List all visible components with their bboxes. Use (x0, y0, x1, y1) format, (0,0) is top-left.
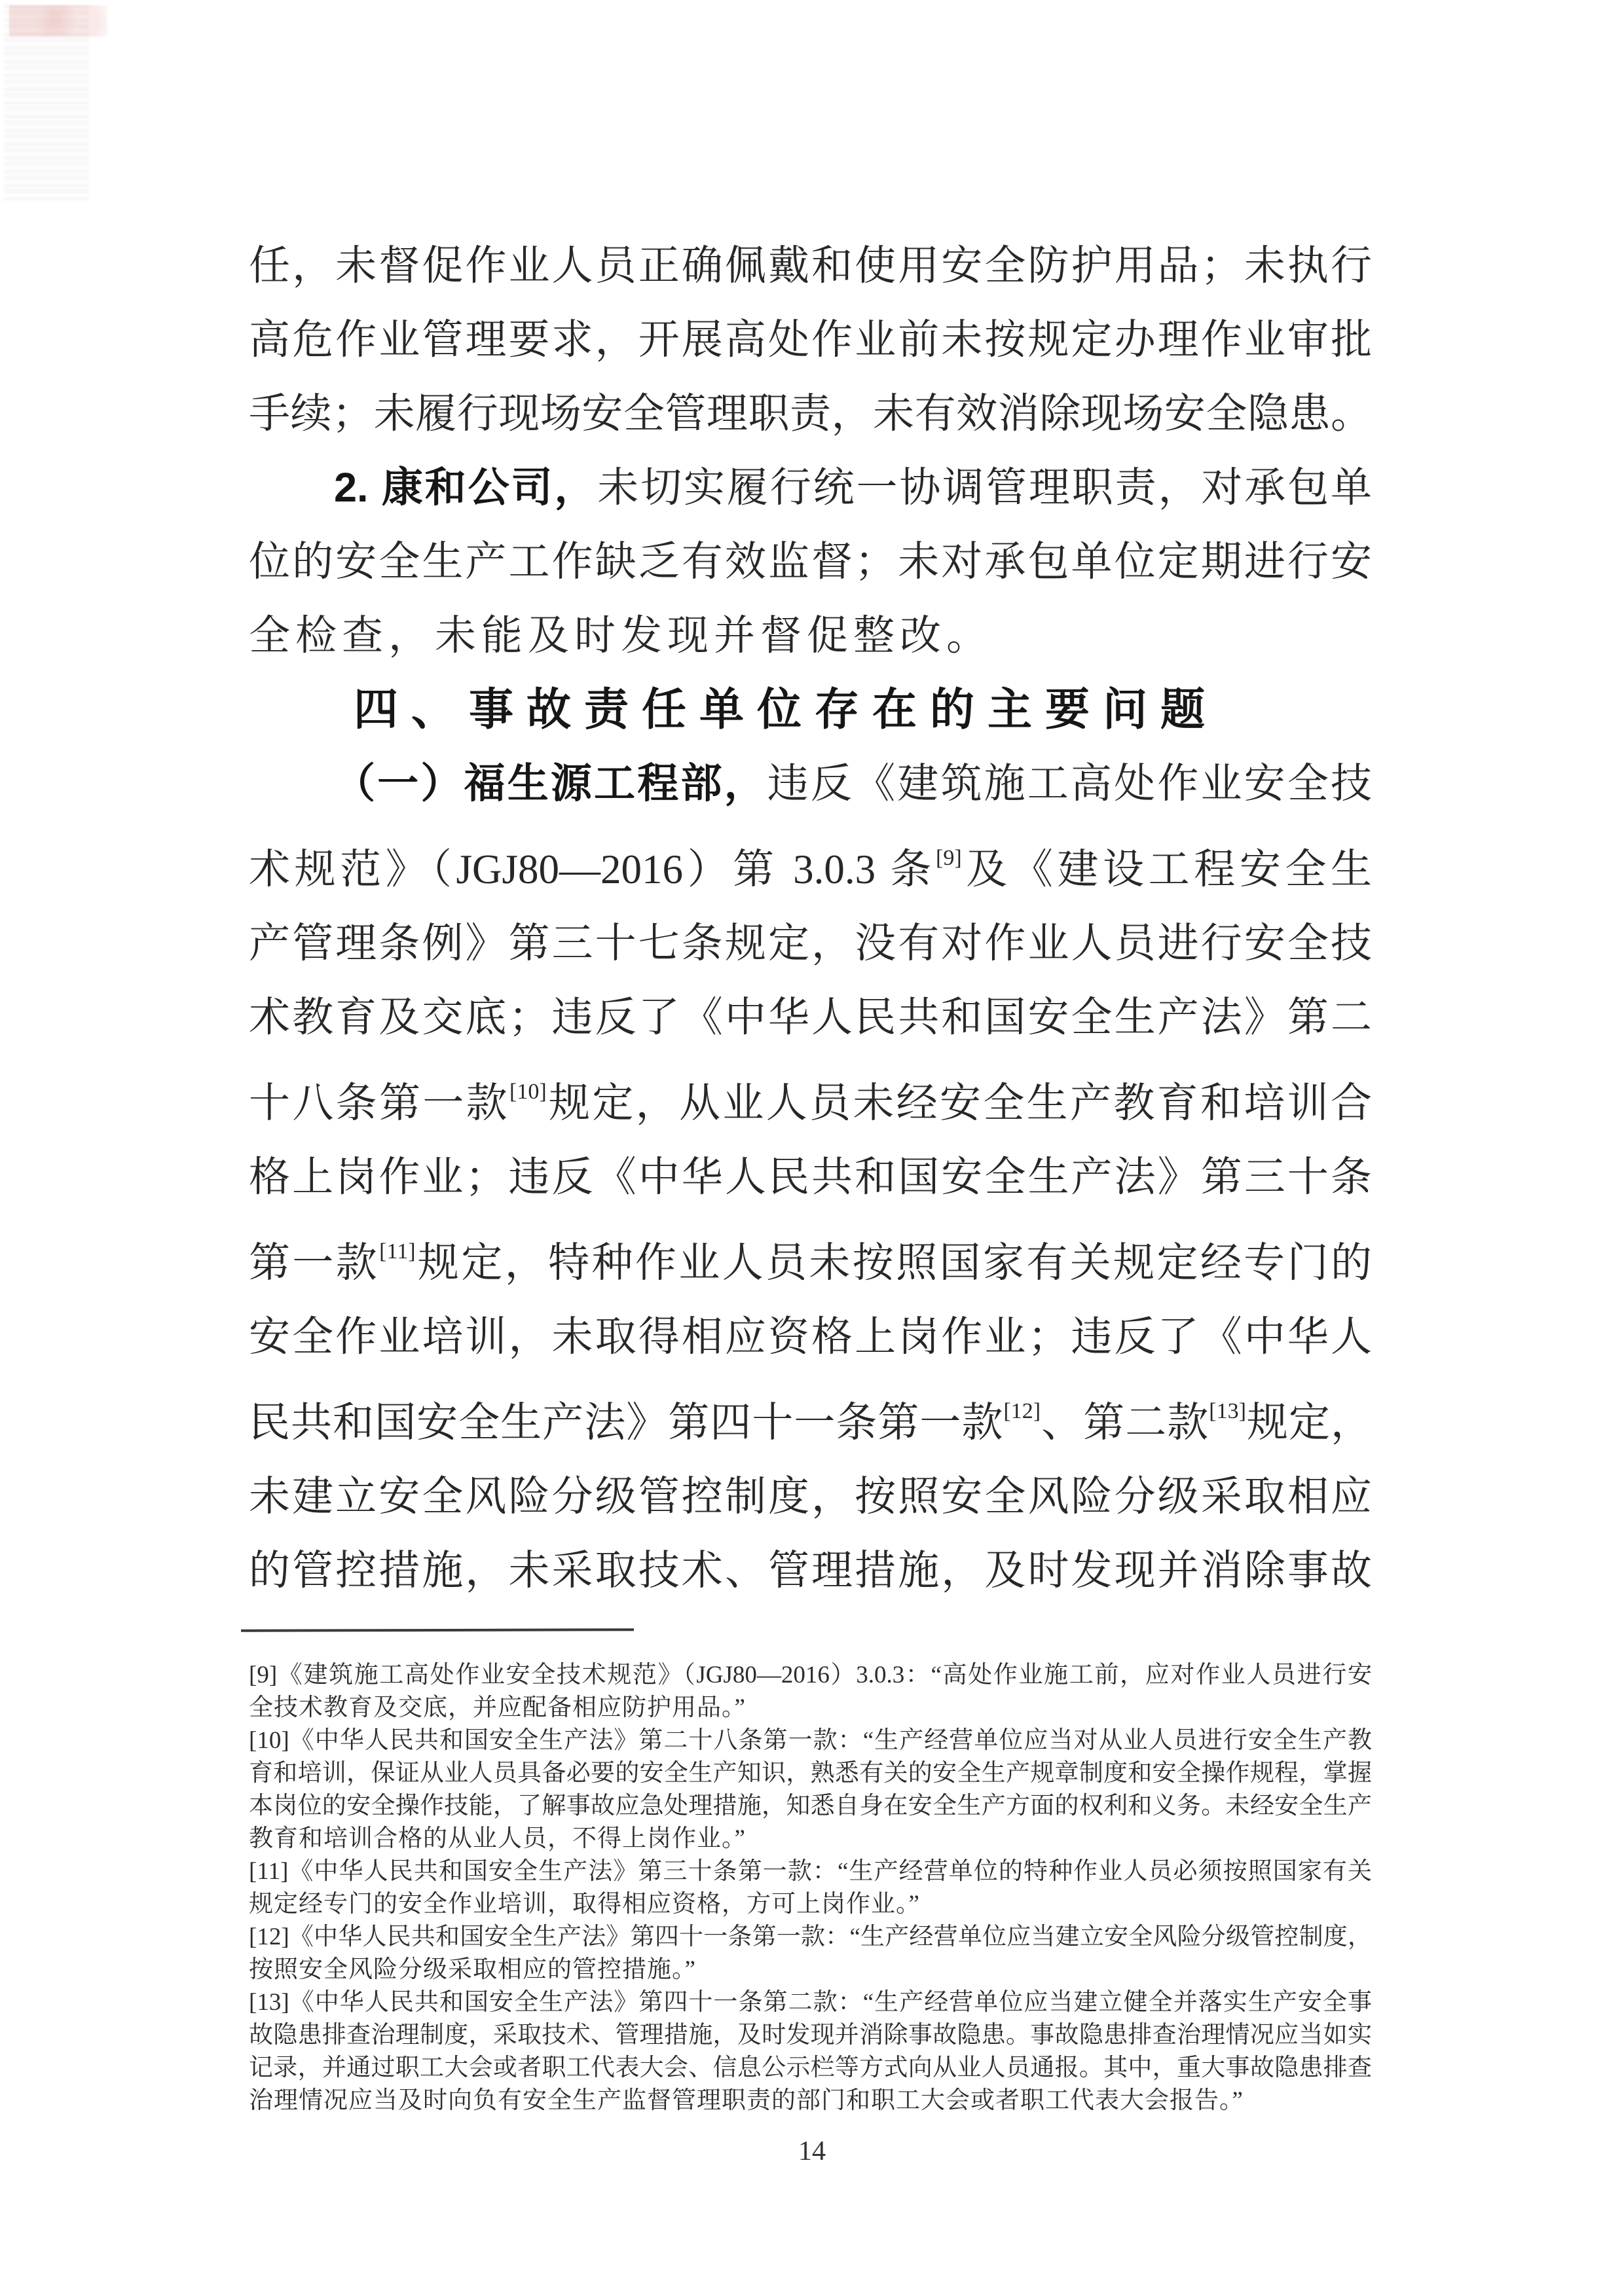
footnote-line: 故隐患排查治理制度，采取技术、管理措施，及时发现并消除事故隐患。事故隐患排查治理… (249, 2019, 1372, 2052)
body-text-run: 安全作业培训，未取得相应资格上岗作业；违反了《中华人 (249, 1314, 1372, 1360)
footnote-ref-9-superscript: [9] (936, 846, 962, 870)
body-line: 产管理条例》第三十七条规定，没有对作业人员进行安全技 (249, 907, 1372, 981)
body-text-run: 规定，特种作业人员未按照国家有关规定经专门的 (416, 1240, 1372, 1286)
body-text-run: 民共和国安全生产法》第四十一条第一款 (249, 1400, 1003, 1446)
body-line: 术教育及交底；违反了《中华人民共和国安全生产法》第二 (249, 981, 1372, 1055)
heading-text: 四、事故责任单位存在的主要问题 (354, 685, 1218, 735)
body-line: 未建立安全风险分级管控制度，按照安全风险分级采取相应 (249, 1460, 1372, 1534)
footnote-line: [9]《建筑施工高处作业安全技术规范》（JGJ80—2016）3.0.3：“高处… (249, 1659, 1372, 1692)
body-line: 全检查，未能及时发现并督促整改。 (249, 599, 1372, 673)
footnote-line: [10]《中华人民共和国安全生产法》第二十八条第一款：“生产经营单位应当对从业人… (249, 1724, 1372, 1757)
body-line: 位的安全生产工作缺乏有效监督；未对承包单位定期进行安 (249, 525, 1372, 599)
body-text-run: 未切实履行统一协调管理职责，对承包单 (597, 465, 1372, 511)
page-number: 14 (0, 2136, 1624, 2167)
body-text-run: 违反《建筑施工高处作业安全技 (767, 761, 1372, 807)
body-line: （一）福生源工程部，违反《建筑施工高处作业安全技 (249, 747, 1372, 821)
body-line: 的管控措施，未采取技术、管理措施，及时发现并消除事故 (249, 1534, 1372, 1608)
body-text-run: 未建立安全风险分级管控制度，按照安全风险分级采取相应 (249, 1474, 1372, 1520)
footnote-line: [11]《中华人民共和国安全生产法》第三十条第一款：“生产经营单位的特种作业人员… (249, 1855, 1372, 1888)
body-line: 2. 康和公司，未切实履行统一协调管理职责，对承包单 (249, 451, 1372, 525)
body-text-run: 的管控措施，未采取技术、管理措施，及时发现并消除事故 (249, 1548, 1372, 1594)
body-text-run: 十八条第一款 (249, 1080, 509, 1126)
body-line: 术规范》（JGJ80—2016）第 3.0.3 条[9]及《建设工程安全生 (249, 821, 1372, 907)
footnote-line: [12]《中华人民共和国安全生产法》第四十一条第一款：“生产经营单位应当建立安全… (249, 1921, 1372, 1954)
body-text-run: 位的安全生产工作缺乏有效监督；未对承包单位定期进行安 (249, 539, 1372, 585)
footnote-line: 育和培训，保证从业人员具备必要的安全生产知识，熟悉有关的安全生产规章制度和安全操… (249, 1757, 1372, 1790)
footnote-ref-13-superscript: [13] (1209, 1399, 1246, 1423)
body-line: 第一款[11]规定，特种作业人员未按照国家有关规定经专门的 (249, 1214, 1372, 1300)
body-text-block: 任，未督促作业人员正确佩戴和使用安全防护用品；未执行 高危作业管理要求，开展高处… (249, 229, 1372, 1608)
body-line: 安全作业培训，未取得相应资格上岗作业；违反了《中华人 (249, 1300, 1372, 1374)
scan-red-artifact (9, 5, 107, 37)
footnote-ref-10-superscript: [10] (509, 1080, 547, 1104)
body-line: 任，未督促作业人员正确佩戴和使用安全防护用品；未执行 (249, 229, 1372, 303)
body-text-run: 第一款 (249, 1240, 379, 1286)
body-line: 民共和国安全生产法》第四十一条第一款[12]、第二款[13]规定， (249, 1374, 1372, 1460)
footnote-line: 治理情况应当及时向负有安全生产监督管理职责的部门和职工大会或者职工代表大会报告。… (249, 2085, 1372, 2117)
footnote-line: 按照安全风险分级采取相应的管控措施。” (249, 1954, 1372, 1986)
body-text-run: 规定， (1246, 1400, 1372, 1446)
body-text-run: 、第二款 (1041, 1400, 1209, 1446)
body-text-run: 术教育及交底；违反了《中华人民共和国安全生产法》第二 (249, 994, 1372, 1040)
body-line: 十八条第一款[10]规定，从业人员未经安全生产教育和培训合 (249, 1055, 1372, 1140)
footnote-line: 本岗位的安全操作技能，了解事故应急处理措施，知悉自身在安全生产方面的权利和义务。… (249, 1790, 1372, 1823)
footnote-line: 记录，并通过职工大会或者职工代表大会、信息公示栏等方式向从业人员通报。其中，重大… (249, 2052, 1372, 2085)
body-text-run: 术规范》（JGJ80—2016）第 3.0.3 条 (249, 847, 936, 892)
bold-run-fushengyuan-dept: （一）福生源工程部， (334, 761, 767, 807)
footnote-ref-11-superscript: [11] (379, 1239, 415, 1264)
footnote-line: 规定经专门的安全作业培训，取得相应资格，方可上岗作业。” (249, 1888, 1372, 1921)
body-text-run: 规定，从业人员未经安全生产教育和培训合 (547, 1080, 1372, 1126)
body-text-run: 全检查，未能及时发现并督促整改。 (249, 613, 993, 659)
bold-run-kanghe-company: 2. 康和公司， (334, 465, 597, 511)
footnote-line: 教育和培训合格的从业人员，不得上岗作业。” (249, 1823, 1372, 1855)
body-line: 高危作业管理要求，开展高处作业前未按规定办理作业审批 (249, 303, 1372, 377)
body-text-run: 产管理条例》第三十七条规定，没有对作业人员进行安全技 (249, 920, 1372, 966)
footnote-separator (241, 1628, 634, 1632)
footnote-line: 全技术教育及交底，并应配备相应防护用品。” (249, 1692, 1372, 1724)
footnote-line: [13]《中华人民共和国安全生产法》第四十一条第二款：“生产经营单位应当建立健全… (249, 1986, 1372, 2019)
body-text-run: 高危作业管理要求，开展高处作业前未按规定办理作业审批 (249, 317, 1372, 363)
section-heading: 四、事故责任单位存在的主要问题 (249, 673, 1372, 747)
body-line: 手续；未履行现场安全管理职责，未有效消除现场安全隐患。 (249, 377, 1372, 451)
body-text-run: 及《建设工程安全生 (962, 847, 1372, 892)
body-line: 格上岗作业；违反《中华人民共和国安全生产法》第三十条 (249, 1140, 1372, 1214)
body-text-run: 格上岗作业；违反《中华人民共和国安全生产法》第三十条 (249, 1154, 1372, 1200)
body-text-run: 任，未督促作业人员正确佩戴和使用安全防护用品；未执行 (249, 243, 1372, 289)
body-text-run: 手续；未履行现场安全管理职责，未有效消除现场安全隐患。 (249, 391, 1372, 437)
document-page: 任，未督促作业人员正确佩戴和使用安全防护用品；未执行 高危作业管理要求，开展高处… (0, 0, 1624, 2296)
footnotes-block: [9]《建筑施工高处作业安全技术规范》（JGJ80—2016）3.0.3：“高处… (249, 1659, 1372, 2117)
footnote-ref-12-superscript: [12] (1003, 1399, 1041, 1423)
